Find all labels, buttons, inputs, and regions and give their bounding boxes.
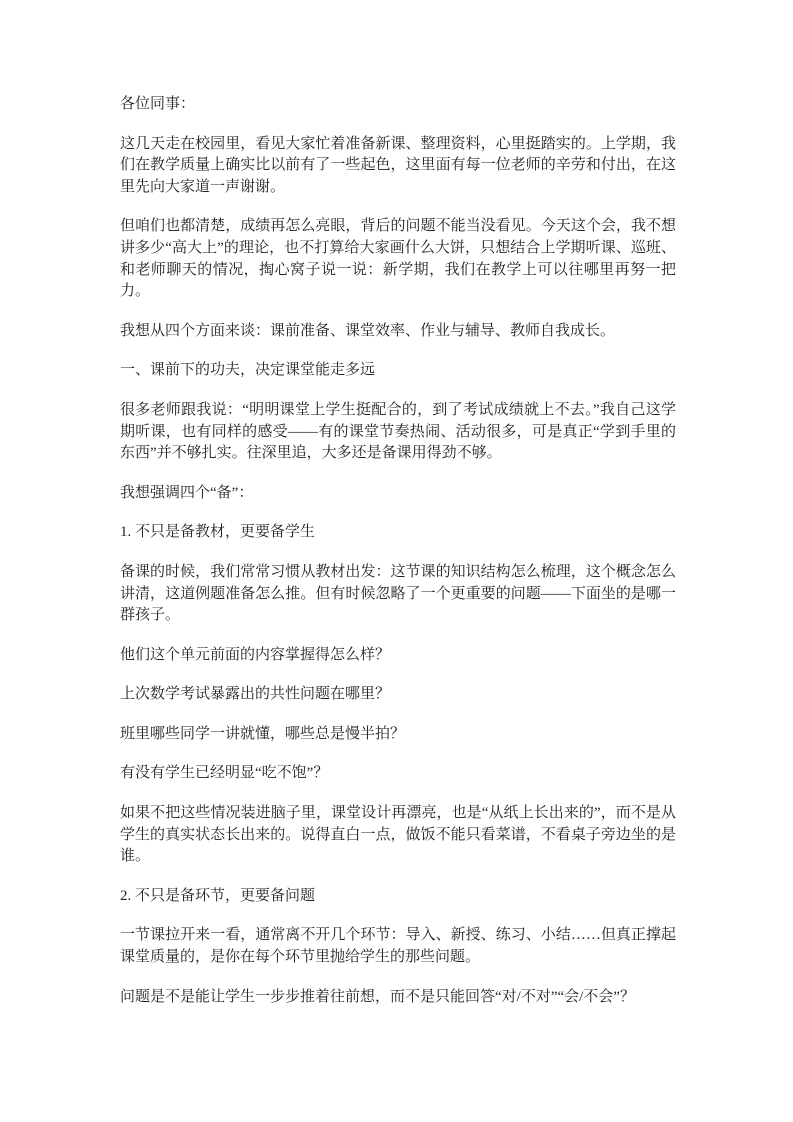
point-2-heading: 2. 不只是备环节，更要备问题	[120, 886, 676, 908]
document-page: 各位同事： 这几天走在校园里，看见大家忙着准备新课、整理资料，心里挺踏实的。上学…	[0, 0, 793, 1122]
lesson-prep-observation-paragraph: 很多老师跟我说：“明明课堂上学生挺配合的，到了考试成绩就上不去。”我自己这学期听…	[120, 400, 676, 465]
lesson-stages-paragraph: 一节课拉开来一看，通常离不开几个环节：导入、新授、练习、小结……但真正撑起课堂质…	[120, 925, 676, 968]
meeting-purpose-paragraph: 但咱们也都清楚，成绩再怎么亮眼，背后的问题不能当没看见。今天这个会，我不想讲多少…	[120, 216, 676, 302]
four-bei-lead-in: 我想强调四个“备”：	[120, 483, 676, 505]
question-exam-issues: 上次数学考试暴露出的共性问题在哪里？	[120, 684, 676, 706]
opening-thanks-paragraph: 这几天走在校园里，看见大家忙着准备新课、整理资料，心里挺踏实的。上学期，我们在教…	[120, 134, 676, 199]
prep-students-paragraph: 备课的时候，我们常常习惯从教材出发：这节课的知识结构怎么梳理，这个概念怎么讲清，…	[120, 562, 676, 627]
salutation: 各位同事：	[120, 94, 676, 116]
question-under-challenged: 有没有学生已经明显“吃不饱”？	[120, 763, 676, 785]
question-guiding-questions: 问题是不是能让学生一步步推着往前想，而不是只能回答“对/不对”“会/不会”？	[120, 987, 676, 1009]
question-unit-mastery: 他们这个单元前面的内容掌握得怎么样？	[120, 645, 676, 667]
section-1-heading: 一、课前下的功夫，决定课堂能走多远	[120, 360, 676, 382]
question-student-pace: 班里哪些同学一讲就懂，哪些总是慢半拍？	[120, 724, 676, 746]
four-topics-overview: 我想从四个方面来谈：课前准备、课堂效率、作业与辅导、教师自我成长。	[120, 321, 676, 343]
cooking-analogy-paragraph: 如果不把这些情况装进脑子里，课堂设计再漂亮，也是“从纸上长出来的”，而不是从学生…	[120, 803, 676, 868]
point-1-heading: 1. 不只是备教材，更要备学生	[120, 522, 676, 544]
